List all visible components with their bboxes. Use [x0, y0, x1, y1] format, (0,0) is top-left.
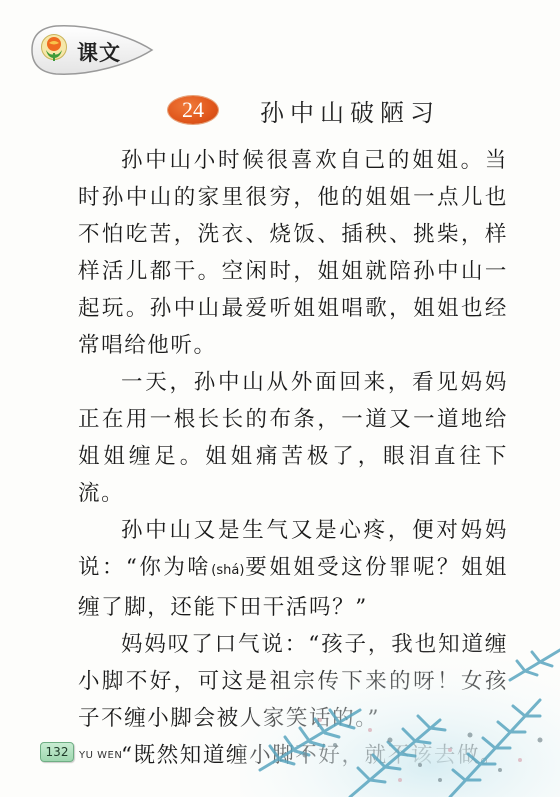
- page-footer: 132 YU WEN: [40, 742, 122, 762]
- lesson-number-badge: 24: [168, 96, 218, 124]
- subject-label: YU WEN: [79, 750, 122, 761]
- sunflower-logo-icon: [40, 34, 68, 64]
- lesson-title: 孙中山破陋习: [260, 93, 440, 128]
- page-number-badge: 132: [40, 742, 74, 762]
- paragraph: 一天，孙中山从外面回来，看见妈妈正在用一根长长的布条，一道又一道地给姐姐缠足。姐…: [78, 364, 508, 512]
- paragraph: 孙中山小时候很喜欢自己的姐姐。当时孙中山的家里很穷，他的姐姐一点儿也不怕吃苦，洗…: [78, 142, 508, 364]
- section-tab: 课文: [30, 22, 150, 74]
- lesson-header: 24 孙中山破陋习: [168, 94, 440, 126]
- section-label: 课文: [77, 37, 121, 67]
- foliage-illustration: [240, 640, 560, 797]
- pinyin-annotation: (shá): [211, 563, 244, 578]
- paragraph: 孙中山又是生气又是心疼，便对妈妈说：“你为啥(shá)要姐姐受这份罪呢？姐姐缠了…: [78, 512, 508, 626]
